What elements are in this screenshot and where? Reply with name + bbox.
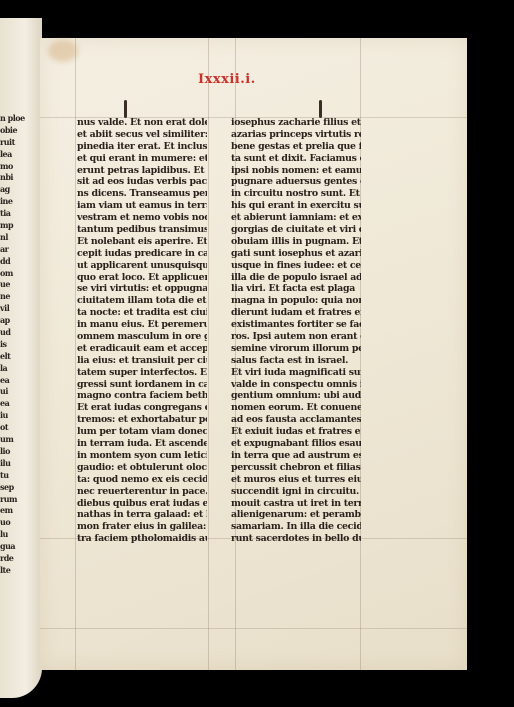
text-line: em xyxy=(0,505,38,517)
text-line: mouit castra ut iret in terram xyxy=(231,498,361,510)
text-line: Et nolebant eis aperire. Et p xyxy=(77,236,207,248)
text-line: ue xyxy=(0,279,38,291)
text-line: gua xyxy=(0,541,38,553)
text-line: ilu xyxy=(0,458,38,470)
text-line: valde in conspectu omnis israel et xyxy=(231,379,361,391)
text-line: ut applicarent unusquisque in xyxy=(77,260,207,272)
text-line: um xyxy=(0,434,38,446)
text-line: et abierunt iamniam: et exiuit xyxy=(231,212,361,224)
text-line: lia eius: et transiuit per ciui xyxy=(77,355,207,367)
text-line: uo xyxy=(0,517,38,529)
text-line: lum per totam viam donec venirent xyxy=(77,426,207,438)
text-line: mp xyxy=(0,220,38,232)
text-line: ot xyxy=(0,422,38,434)
ruling-line xyxy=(208,38,209,670)
manuscript-page: Ixxxii.i. nus valde. Et non erat dolenae… xyxy=(40,38,467,670)
text-line: in circuitu nostro sunt. Et precepit xyxy=(231,188,361,200)
text-line: ad eos fausta acclamantes. xyxy=(231,414,361,426)
ruling-line xyxy=(40,628,467,629)
text-line: rde xyxy=(0,553,38,565)
text-line: in montem syon cum leticia et xyxy=(77,450,207,462)
text-line: erunt petras lapidibus. Et mi xyxy=(77,165,207,177)
text-line: bene gestas et prelia que fac xyxy=(231,141,361,153)
text-line: succendit igni in circuitu. Et xyxy=(231,486,361,498)
text-line: ciuitatem illam tota die et to xyxy=(77,295,207,307)
text-line: lia viri. Et facta est plaga xyxy=(231,283,361,295)
text-line: nbi xyxy=(0,172,38,184)
text-line: cepit iudas predicare in castris: xyxy=(77,248,207,260)
text-line: magna in populo: quia non au xyxy=(231,295,361,307)
text-line: omnem masculum in ore gladii: xyxy=(77,331,207,343)
text-line: diebus quibus erat iudas et io xyxy=(77,498,207,510)
text-line: ipsi nobis nomen: et eamus xyxy=(231,165,361,177)
text-line: illa die de populo israel ad duo mi xyxy=(231,272,361,284)
text-line: ea xyxy=(0,375,38,387)
text-line: om xyxy=(0,268,38,280)
text-line: pugnare aduersus gentes q xyxy=(231,176,361,188)
text-line: Et erat iudas congregans ex xyxy=(77,402,207,414)
text-line: iu xyxy=(0,410,38,422)
text-line: et abiit secus vel similiter: sed xyxy=(77,129,207,141)
text-line: tu xyxy=(0,470,38,482)
text-line: la xyxy=(0,363,38,375)
text-line: is xyxy=(0,339,38,351)
text-column-b: iosephus zacharie filius etazarias princ… xyxy=(231,117,361,545)
text-line: ns dicens. Transeamus per xyxy=(77,188,207,200)
text-line: tatem super interfectos. Et tr xyxy=(77,367,207,379)
text-line: ne xyxy=(0,291,38,303)
ruling-line xyxy=(75,38,76,670)
text-line: nl xyxy=(0,232,38,244)
text-line: ui xyxy=(0,386,38,398)
text-line: iosephus zacharie filius et xyxy=(231,117,361,129)
text-line: et qui erant in mumere: et obsit xyxy=(77,153,207,165)
text-line: salus facta est in israel. xyxy=(231,355,361,367)
text-line: ine xyxy=(0,196,38,208)
text-line: alienigenarum: et perambulabat xyxy=(231,509,361,521)
text-line: existimantes fortiter se factu xyxy=(231,319,361,331)
text-line: usque in fines iudee: et ceciderunt i xyxy=(231,260,361,272)
text-line: in terra que ad austrum est: et xyxy=(231,450,361,462)
text-line: rum xyxy=(0,494,38,506)
text-line: gaudio: et obtulerunt olocaust xyxy=(77,462,207,474)
text-line: ap xyxy=(0,315,38,327)
text-column-a: nus valde. Et non erat dolenaet abiit se… xyxy=(77,117,207,545)
text-line: mon frater eius in galilea: con xyxy=(77,521,207,533)
text-line: obuiam illis in pugnam. Et fu xyxy=(231,236,361,248)
text-line: tantum pedibus transimus. xyxy=(77,224,207,236)
text-line: et muros eius et turres eius xyxy=(231,474,361,486)
text-line: samariam. In illa die cecide xyxy=(231,521,361,533)
text-line: nec reuerterentur in pace. Et in xyxy=(77,486,207,498)
text-line: runt sacerdotes in bello dum xyxy=(231,533,361,545)
text-line: et expugnabant filios esau xyxy=(231,438,361,450)
water-stain xyxy=(48,40,78,62)
text-line: elt xyxy=(0,351,38,363)
text-line: ar xyxy=(0,244,38,256)
ascender-stroke xyxy=(319,100,322,118)
text-line: dd xyxy=(0,256,38,268)
text-line: n ploe xyxy=(0,113,38,125)
text-line: tra faciem ptholomaidis audiuit xyxy=(77,533,207,545)
text-line: in manu eius. Et peremerunt xyxy=(77,319,207,331)
running-head: Ixxxii.i. xyxy=(198,72,256,87)
text-line: ta sunt et dixit. Faciamus et xyxy=(231,153,361,165)
text-line: gati sunt iosephus et azarias xyxy=(231,248,361,260)
ascender-stroke xyxy=(124,100,127,118)
text-line: tia xyxy=(0,208,38,220)
text-line: ta: quod nemo ex eis cecidisset do xyxy=(77,474,207,486)
text-line: mo xyxy=(0,161,38,173)
text-line: ros. Ipsi autem non erant de xyxy=(231,331,361,343)
text-line: nomen eorum. Et conuenerunt xyxy=(231,402,361,414)
text-line: ag xyxy=(0,184,38,196)
text-line: magno contra faciem bethsan. xyxy=(77,390,207,402)
text-line: obie xyxy=(0,125,38,137)
text-line: quo erat loco. Et applicuerunt xyxy=(77,272,207,284)
text-line: sep xyxy=(0,482,38,494)
text-line: nus valde. Et non erat dolena xyxy=(77,117,207,129)
text-line: gentium omnium: ubi audiebatur xyxy=(231,390,361,402)
text-line: dierunt iudam et fratres eius: xyxy=(231,307,361,319)
text-line: ud xyxy=(0,327,38,339)
left-page-curl: n ploeobieruitleamonbiaginetiampnlarddom… xyxy=(0,18,42,698)
text-line: semine virorum illorum per quos xyxy=(231,343,361,355)
text-line: ruit xyxy=(0,137,38,149)
text-line: vil xyxy=(0,303,38,315)
text-line: et eradicauit eam et accepit spo xyxy=(77,343,207,355)
text-line: ea xyxy=(0,398,38,410)
text-line: ta nocte: et tradita est ciuitas xyxy=(77,307,207,319)
text-line: lea xyxy=(0,149,38,161)
text-line: lio xyxy=(0,446,38,458)
text-line: in terram iuda. Et ascenderunt xyxy=(77,438,207,450)
text-line: sit ad eos iudas verbis pacifi xyxy=(77,176,207,188)
text-line: gressi sunt iordanem in campo xyxy=(77,379,207,391)
text-line: tremos: et exhortabatur popu xyxy=(77,414,207,426)
text-line: vestram et nemo vobis nocebit: xyxy=(77,212,207,224)
text-line: gorgias de ciuitate et viri eius xyxy=(231,224,361,236)
text-line: iam viam ut eamus in terram xyxy=(77,200,207,212)
text-line: pinedia iter erat. Et inclusit xyxy=(77,141,207,153)
text-line: his qui erant in exercitu suo xyxy=(231,200,361,212)
text-line: Et exiuit iudas et fratres eius xyxy=(231,426,361,438)
text-line: se viri virtutis: et oppugnauit xyxy=(77,283,207,295)
text-line: nathas in terra galaad: et ly xyxy=(77,509,207,521)
text-line: lte xyxy=(0,565,38,573)
text-line: lu xyxy=(0,529,38,541)
text-line: percussit chebron et filias eius: xyxy=(231,462,361,474)
text-line: Et viri iuda magnificati sunt xyxy=(231,367,361,379)
text-line: azarias princeps virtutis res xyxy=(231,129,361,141)
left-page-text: n ploeobieruitleamonbiaginetiampnlarddom… xyxy=(0,113,38,573)
